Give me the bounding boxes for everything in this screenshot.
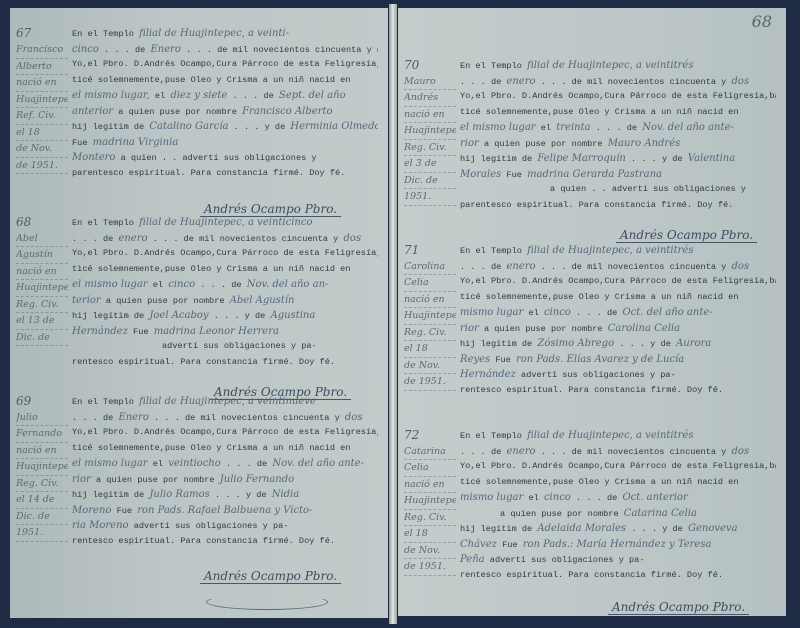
handwritten-month: Enero bbox=[118, 412, 148, 423]
margin-note: de Nov. bbox=[16, 141, 68, 158]
typed-text: a quien . . advertí sus obligaciones y bbox=[460, 182, 776, 198]
margin-notes: 70 Mauro Andrés nació en Huajintepec Reg… bbox=[404, 58, 456, 206]
typed-text: . . . de bbox=[460, 447, 501, 457]
typed-text: . . . de bbox=[72, 413, 113, 423]
margin-note: el 3 de bbox=[404, 156, 456, 173]
handwritten-mother-surname: Chávez bbox=[460, 539, 497, 550]
handwritten-birth-month: Nov. del año an- bbox=[247, 279, 329, 290]
typed-text: el bbox=[528, 493, 538, 503]
handwritten-year: dos bbox=[732, 261, 750, 272]
margin-note: nació en bbox=[16, 264, 68, 281]
typed-text: parentesco espiritual. Para constancia f… bbox=[460, 198, 776, 214]
handwritten-extra: rior bbox=[460, 138, 479, 149]
typed-text: Fue bbox=[506, 170, 521, 180]
typed-text: . . . de mil novecientos cincuenta y bbox=[541, 262, 727, 272]
typed-text: . . . de mil novecientos cincuenta y bbox=[154, 413, 340, 423]
typed-text: parentesco espiritual. Para constancia f… bbox=[72, 166, 378, 182]
typed-text: . . . de bbox=[460, 262, 501, 272]
handwritten-godparent-surname: Hernández bbox=[460, 369, 516, 380]
handwritten-godparent-surname: Montero bbox=[72, 152, 115, 163]
margin-note: Huajintepec bbox=[404, 493, 456, 510]
handwritten-templo: filial de Huajintepec, a veintitrés bbox=[527, 430, 693, 441]
typed-text: el bbox=[153, 459, 163, 469]
typed-text: . . . y de bbox=[234, 122, 286, 132]
margin-note: nació en bbox=[16, 75, 68, 92]
margin-notes: 67 Francisco Alberto nació en Huajintepe… bbox=[16, 26, 68, 174]
typed-text: a quien puse por nombre bbox=[106, 296, 225, 306]
typed-text: rentesco espiritual. Para constancia fir… bbox=[460, 568, 776, 584]
margin-note: nació en bbox=[404, 477, 456, 494]
handwritten-extra: terior bbox=[72, 295, 101, 306]
handwritten-godparent: ron Pads. Elías Avarez y de Lucía bbox=[516, 354, 684, 365]
typed-text: Fue bbox=[117, 506, 132, 516]
handwritten-mother: Herminia Olmedo bbox=[290, 121, 378, 132]
typed-text: Fue bbox=[133, 327, 148, 337]
handwritten-godparent: madrina Virginia bbox=[93, 137, 179, 148]
typed-text: ticé solemnemente,puse Oleo y Crisma a u… bbox=[72, 441, 378, 457]
typed-text: hij legítim de bbox=[460, 524, 532, 534]
handwritten-year: dos bbox=[344, 233, 362, 244]
margin-note: Abel bbox=[16, 231, 68, 248]
typed-text: . . . de bbox=[104, 45, 145, 55]
typed-text: . . . y de bbox=[619, 339, 671, 349]
margin-note: Huajintepec bbox=[16, 92, 68, 109]
handwritten-month: enero bbox=[506, 446, 535, 457]
typed-text: En el Templo bbox=[72, 29, 134, 39]
margin-note: de 1951. bbox=[404, 559, 456, 576]
margin-note: Agustín bbox=[16, 247, 68, 264]
typed-text: . . . de bbox=[226, 459, 267, 469]
typed-text: . . . y de bbox=[631, 154, 683, 164]
handwritten-place: el mismo lugar bbox=[72, 279, 148, 290]
handwritten-place: el mismo lugar, bbox=[72, 90, 150, 101]
typed-text: a quien puse por nombre bbox=[460, 509, 619, 519]
margin-note: Dic. de bbox=[16, 330, 68, 347]
typed-text: hij legítim de bbox=[72, 490, 144, 500]
handwritten-birth-day: cinco bbox=[544, 307, 571, 318]
typed-text: Fue bbox=[502, 540, 517, 550]
typed-text: ticé solemnemente,puse Oleo y Crisma a u… bbox=[460, 290, 776, 306]
typed-text: . . . de bbox=[576, 493, 617, 503]
handwritten-father: Julio Ramos bbox=[149, 489, 209, 500]
margin-note: Julio bbox=[16, 410, 68, 427]
handwritten-child-name: Carolina Celia bbox=[608, 323, 680, 334]
entry-body: En el Templo filial de Huajintepec, a ve… bbox=[72, 394, 378, 549]
typed-text: ticé solemnemente,puse Oleo y Crisma a u… bbox=[460, 475, 776, 491]
typed-text: el bbox=[153, 280, 163, 290]
typed-text: hij legítim de bbox=[72, 311, 144, 321]
handwritten-godparent: madrina Leonor Herrera bbox=[154, 326, 279, 337]
handwritten-birth-day: veintiocho bbox=[168, 458, 221, 469]
typed-text: Yo,el Pbro. D.Andrés Ocampo,Cura Párroco… bbox=[72, 246, 378, 262]
margin-note: Catarina bbox=[404, 444, 456, 461]
handwritten-godparent-surname: Hernández bbox=[72, 326, 128, 337]
entry-body: En el Templo filial de Huajintepec, a ve… bbox=[460, 58, 776, 213]
priest-signature: Andrés Ocampo Pbro. bbox=[616, 228, 757, 243]
typed-text: Fue bbox=[72, 138, 87, 148]
handwritten-child-name: Mauro Andrés bbox=[608, 138, 681, 149]
typed-text: . . . de mil novecientos cincuenta y bbox=[541, 447, 727, 457]
margin-note: el 18 bbox=[404, 341, 456, 358]
typed-text: el bbox=[541, 123, 551, 133]
margin-note: nació en bbox=[404, 292, 456, 309]
margin-note: Dic. de bbox=[404, 173, 456, 190]
handwritten-child-name: Francisco Alberto bbox=[242, 106, 332, 117]
typed-text: advertí sus obligaciones y pa- bbox=[134, 521, 289, 531]
typed-text: a quien puse por nombre bbox=[118, 107, 237, 117]
handwritten-mother: Nidia bbox=[272, 489, 300, 500]
handwritten-mother: Aurora bbox=[676, 338, 711, 349]
handwritten-place: el mismo lugar bbox=[72, 458, 148, 469]
typed-text: advertí sus obligaciones y pa- bbox=[490, 555, 645, 565]
typed-text: a quien puse por nombre bbox=[484, 324, 603, 334]
handwritten-mother: Valentina bbox=[688, 153, 735, 164]
margin-note: Huajintepec bbox=[404, 308, 456, 325]
handwritten-extra: rior bbox=[72, 474, 91, 485]
typed-text: . . . de mil novecientos cincuenta y bbox=[186, 45, 372, 55]
margin-note: el 18 bbox=[404, 526, 456, 543]
left-page: 67 Francisco Alberto nació en Huajintepe… bbox=[10, 8, 388, 618]
typed-text: Yo,el Pbro. D.Andrés Ocampo,Cura Párroco… bbox=[72, 425, 378, 441]
typed-text: . . . de bbox=[200, 280, 241, 290]
margin-note: el 18 bbox=[16, 125, 68, 142]
handwritten-mother-surname: Reyes bbox=[460, 354, 490, 365]
priest-signature: Andrés Ocampo Pbro. bbox=[200, 569, 341, 584]
handwritten-birth-day: diez y siete bbox=[170, 90, 227, 101]
handwritten-mother-surname: Morales bbox=[460, 169, 501, 180]
margin-note: Celia bbox=[404, 275, 456, 292]
margin-note: nació en bbox=[404, 107, 456, 124]
margin-note: Celia bbox=[404, 460, 456, 477]
typed-text: En el Templo bbox=[460, 246, 522, 256]
handwritten-templo: filial de Huajintepec, a veinti- bbox=[139, 28, 289, 39]
handwritten-birth-month: Oct. anterior bbox=[622, 492, 687, 503]
handwritten-child-name: Julio Fernando bbox=[220, 474, 294, 485]
handwritten-day: cinco bbox=[72, 44, 99, 55]
handwritten-godparent-cont: ria Moreno bbox=[72, 520, 129, 531]
handwritten-year: dos bbox=[732, 446, 750, 457]
handwritten-month: enero bbox=[506, 261, 535, 272]
margin-note: Fernando bbox=[16, 426, 68, 443]
typed-text: a quien puse por nombre bbox=[96, 475, 215, 485]
entry-number: 68 bbox=[16, 215, 31, 229]
margin-note: Reg. Civ. bbox=[16, 297, 68, 314]
margin-note: Carolina bbox=[404, 259, 456, 276]
typed-text: . . . de bbox=[232, 91, 273, 101]
handwritten-father: Adelaida Morales bbox=[537, 523, 626, 534]
handwritten-place: mismo lugar bbox=[460, 307, 523, 318]
handwritten-godparent: ron Pads. Rafael Balbuena y Victo- bbox=[137, 505, 312, 516]
typed-text: Yo,el Pbro. D.Andrés Ocampo,Cura Párroco… bbox=[460, 274, 776, 290]
typed-text: el bbox=[155, 91, 165, 101]
margin-note: Huajintepec bbox=[16, 280, 68, 297]
typed-text: a quien . . advertí sus obligaciones y bbox=[121, 153, 317, 163]
margin-note: Mauro bbox=[404, 74, 456, 91]
margin-note: de 1951. bbox=[16, 158, 68, 175]
typed-text: ticé solemnemente,puse Oleo y Crisma a u… bbox=[460, 105, 776, 121]
page-number: 68 bbox=[752, 12, 772, 31]
handwritten-birth-day: cinco bbox=[544, 492, 571, 503]
handwritten-godparent: madrina Gerarda Pastrana bbox=[527, 169, 662, 180]
margin-note: Reg. Civ. bbox=[404, 325, 456, 342]
typed-text: Yo,el Pbro. D.Andrés Ocampo,Cura Párroco… bbox=[460, 459, 776, 475]
typed-text: . . . y de bbox=[214, 311, 266, 321]
margin-note: de 1951. bbox=[404, 374, 456, 391]
entry-number: 69 bbox=[16, 394, 31, 408]
handwritten-year: dos bbox=[345, 412, 363, 423]
entry-body: En el Templo filial de Huajintepec, a ve… bbox=[460, 428, 776, 583]
handwritten-birth-month: Nov. del año ante- bbox=[272, 458, 364, 469]
margin-note: Huajintepec bbox=[16, 459, 68, 476]
entry-body: En el Templo filial de Huajintepec, a ve… bbox=[460, 243, 776, 398]
typed-text: el bbox=[528, 308, 538, 318]
typed-text: hij legítim de bbox=[72, 122, 144, 132]
handwritten-month: enero bbox=[118, 233, 147, 244]
handwritten-birth-day: cinco bbox=[168, 279, 195, 290]
handwritten-father: Joel Acaboy bbox=[149, 310, 208, 321]
margin-note: Dic. de bbox=[16, 509, 68, 526]
margin-note: el 13 de bbox=[16, 313, 68, 330]
priest-signature: Andrés Ocampo Pbro. bbox=[608, 600, 749, 615]
entry-number: 72 bbox=[404, 428, 419, 442]
handwritten-place: el mismo lugar bbox=[460, 122, 536, 133]
typed-text: . . . de bbox=[576, 308, 617, 318]
margin-note: nació en bbox=[16, 443, 68, 460]
margin-note: de Nov. bbox=[404, 358, 456, 375]
typed-text: ticé solemnemente,puse Oleo y Crisma a u… bbox=[72, 262, 378, 278]
typed-text: . . . y de bbox=[215, 490, 267, 500]
handwritten-mother: Genoveva bbox=[688, 523, 738, 534]
margin-note: de Nov. bbox=[404, 543, 456, 560]
handwritten-father: Catalino García bbox=[149, 121, 228, 132]
entry-body: En el Templo filial de Huajintepec, a ve… bbox=[72, 26, 378, 181]
handwritten-templo: filial de Huajintepec, a veintinueve bbox=[139, 396, 316, 407]
typed-text: hij legítim de bbox=[460, 154, 532, 164]
handwritten-birth-month: Oct. del año ante- bbox=[622, 307, 712, 318]
handwritten-extra: anterior bbox=[72, 106, 113, 117]
typed-text: . . . de bbox=[460, 77, 501, 87]
typed-text: rentesco espiritual. Para constancia fir… bbox=[460, 383, 776, 399]
handwritten-child-name: Abel Agustín bbox=[230, 295, 295, 306]
handwritten-extra: rior bbox=[460, 323, 479, 334]
handwritten-year: dos bbox=[732, 76, 750, 87]
handwritten-year: dos bbox=[377, 44, 378, 55]
typed-text: Yo,el Pbro. D.Andrés Ocampo,Cura Párroco… bbox=[72, 57, 378, 73]
typed-text: En el Templo bbox=[72, 218, 134, 228]
typed-text: advertí sus obligaciones y pa- bbox=[521, 370, 676, 380]
handwritten-place: mismo lugar bbox=[460, 492, 523, 503]
typed-text: En el Templo bbox=[460, 61, 522, 71]
handwritten-birth-month: Nov. del año ante- bbox=[642, 122, 734, 133]
margin-note: 1951. bbox=[16, 525, 68, 542]
margin-note: Francisco bbox=[16, 42, 68, 59]
margin-notes: 69 Julio Fernando nació en Huajintepec R… bbox=[16, 394, 68, 542]
margin-note: Ref. Civ. bbox=[16, 108, 68, 125]
signature-flourish bbox=[206, 594, 328, 610]
typed-text: . . . de bbox=[72, 234, 113, 244]
entry-number: 67 bbox=[16, 26, 31, 40]
handwritten-godparent-surname: Peña bbox=[460, 554, 485, 565]
typed-text: . . . de bbox=[596, 123, 637, 133]
margin-notes: 72 Catarina Celia nació en Huajintepec R… bbox=[404, 428, 456, 576]
typed-text: Fue bbox=[495, 355, 510, 365]
handwritten-birth-day: treinta bbox=[556, 122, 590, 133]
entry-number: 70 bbox=[404, 58, 419, 72]
handwritten-templo: filial de Huajintepec, a veintitrés bbox=[527, 245, 693, 256]
handwritten-child-name: Catarina Celia bbox=[624, 508, 697, 519]
typed-text: rentesco espiritual. Para constancia fir… bbox=[72, 534, 378, 550]
typed-text: ticé solemnemente,puse Oleo y Crisma a u… bbox=[72, 73, 378, 89]
book-gutter bbox=[389, 4, 397, 624]
typed-text: . . . de mil novecientos cincuenta y bbox=[153, 234, 339, 244]
typed-text: rentesco espiritual. Para constancia fir… bbox=[72, 355, 378, 371]
typed-text: a quien puse por nombre bbox=[484, 139, 603, 149]
handwritten-month: enero bbox=[506, 76, 535, 87]
handwritten-birth-month: Sept. del año bbox=[279, 90, 346, 101]
margin-note: Alberto bbox=[16, 59, 68, 76]
right-page: 68 70 Mauro Andrés nació en Huajintepec … bbox=[398, 8, 786, 616]
entry-number: 71 bbox=[404, 243, 419, 257]
handwritten-father: Zósimo Abrego bbox=[537, 338, 614, 349]
handwritten-templo: filial de Huajintepec, a veintitrés bbox=[527, 60, 693, 71]
handwritten-godparent: ron Pads.: María Hernández y Teresa bbox=[523, 539, 712, 550]
margin-notes: 68 Abel Agustín nació en Huajintepec Reg… bbox=[16, 215, 68, 346]
typed-text: En el Templo bbox=[72, 397, 134, 407]
handwritten-mother: Agustina bbox=[270, 310, 315, 321]
handwritten-father: Felipe Marroquín bbox=[537, 153, 625, 164]
margin-note: 1951. bbox=[404, 189, 456, 206]
typed-text: . . . y de bbox=[631, 524, 683, 534]
typed-text: hij legítim de bbox=[460, 339, 532, 349]
typed-text: Yo,el Pbro. D.Andrés Ocampo,Cura Párroco… bbox=[460, 89, 776, 105]
margin-note: Reg. Civ. bbox=[404, 510, 456, 527]
margin-note: Huajintepec bbox=[404, 123, 456, 140]
typed-text: . . . de mil novecientos cincuenta y bbox=[541, 77, 727, 87]
margin-note: Reg. Civ. bbox=[404, 140, 456, 157]
margin-note: el 14 de bbox=[16, 492, 68, 509]
typed-text: En el Templo bbox=[460, 431, 522, 441]
handwritten-templo: filial de Huajintepec, a veinticinco bbox=[139, 217, 312, 228]
handwritten-month: Enero bbox=[150, 44, 180, 55]
entry-body: En el Templo filial de Huajintepec, a ve… bbox=[72, 215, 378, 370]
margin-note: Reg. Civ. bbox=[16, 476, 68, 493]
margin-note: Andrés bbox=[404, 90, 456, 107]
handwritten-mother-surname: Moreno bbox=[72, 505, 111, 516]
typed-text: advertí sus obligaciones y pa- bbox=[72, 339, 378, 355]
margin-notes: 71 Carolina Celia nació en Huajintepec R… bbox=[404, 243, 456, 391]
